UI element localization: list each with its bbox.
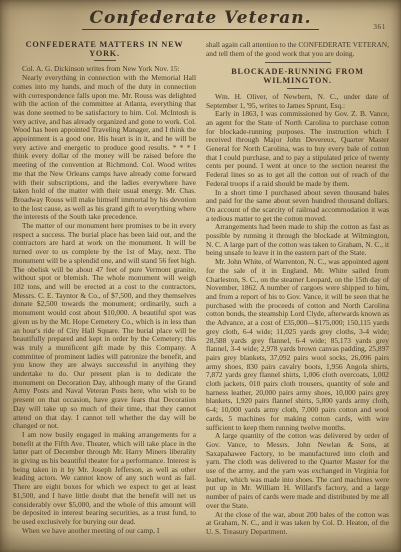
continuation-paragraph: shall again call attention to the CONFED…	[206, 41, 389, 58]
heading-rule	[94, 60, 116, 61]
article-heading-blockade: BLOCKADE-RUNNING FROM WILMINGTON.	[206, 68, 389, 85]
paragraph: When we have another meeting of our camp…	[13, 527, 196, 536]
paragraph: At the close of the war, about 200 bales…	[206, 511, 389, 537]
masthead-title: Confederate Veteran.	[82, 8, 320, 30]
section-divider-rule	[265, 62, 331, 63]
right-column: shall again call attention to the CONFED…	[206, 41, 389, 546]
masthead-row: Confederate Veteran.	[0, 8, 401, 30]
paragraph: Arrangements had been made to ship the c…	[206, 223, 389, 258]
paragraph: In a short time I purchased about seven …	[206, 189, 389, 224]
two-column-layout: CONFEDERATE MATTERS IN NEW YORK. Col. A.…	[13, 41, 389, 546]
page-number: 361	[373, 22, 386, 31]
magazine-page: Confederate Veteran. 361 CONFEDERATE MAT…	[0, 0, 401, 552]
paragraph: Early in 1863, I was commissioned by Gov…	[206, 110, 389, 188]
article-heading-new-york: CONFEDERATE MATTERS IN NEW YORK.	[13, 41, 196, 58]
paragraph: A large quantity of the cotton was deliv…	[206, 432, 389, 510]
paragraph: The matter of our monument here promises…	[13, 222, 196, 431]
left-column: CONFEDERATE MATTERS IN NEW YORK. Col. A.…	[13, 41, 196, 546]
paragraph: Wm. H. Oliver, of Newbern, N. C., under …	[206, 93, 389, 110]
paragraph: Nearly everything in connection with the…	[13, 74, 196, 222]
heading-rule	[287, 88, 309, 89]
paragraph: I am now busily engaged in making arrang…	[13, 431, 196, 527]
paragraph: Mr. John White, of Warrenton, N. C., was…	[206, 258, 389, 432]
